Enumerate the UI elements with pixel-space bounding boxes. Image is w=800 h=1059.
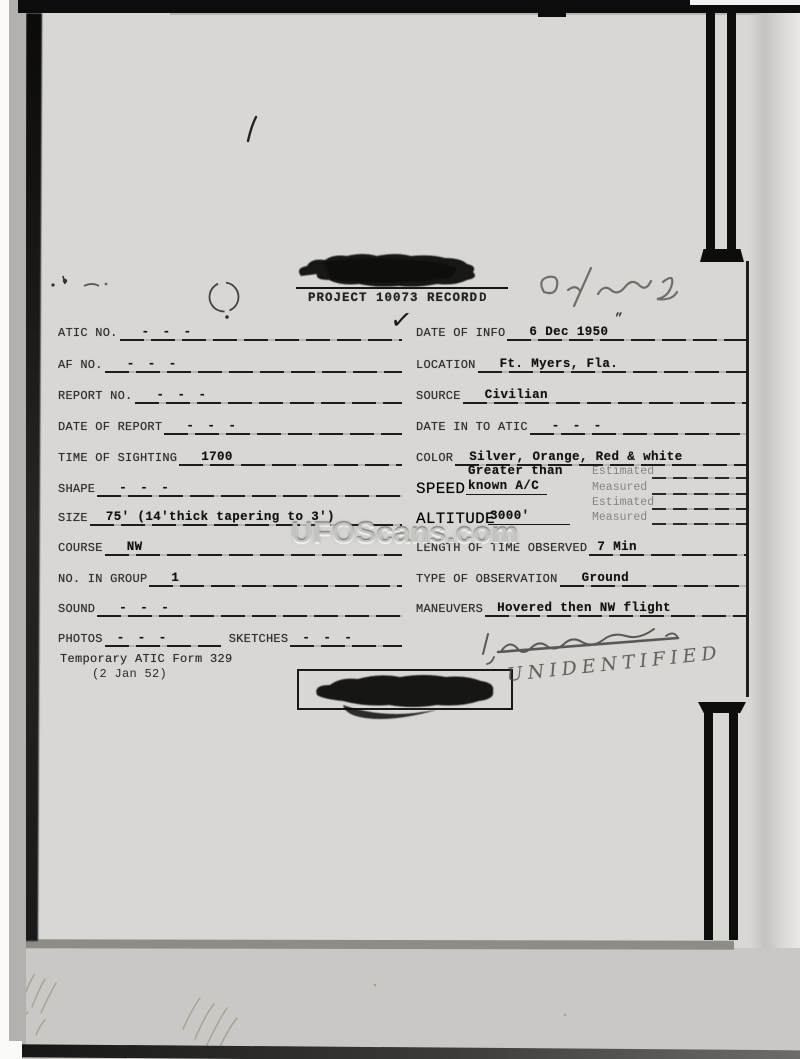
field-line: 6 Dec 1950 [505, 325, 748, 340]
field-time-of-sighting: TIME OF SIGHTING 1700 [58, 449, 402, 465]
redacted-stamp-text [303, 673, 508, 719]
field-line: - - - [118, 325, 402, 340]
field-line: 1700 [177, 450, 402, 465]
field-label: SIZE [58, 511, 88, 525]
field-label: TIME OF SIGHTING [58, 451, 177, 465]
paper-right-edge-shading [750, 12, 800, 948]
field-location: LOCATION Ft. Myers, Fla. [416, 356, 748, 372]
field-value: Ft. Myers, Fla. [500, 357, 619, 371]
field-maneuvers: MANEUVERS Hovered then NW flight [416, 600, 748, 616]
field-label: REPORT NO. [58, 389, 133, 403]
field-line: - - - [288, 631, 402, 646]
paper-bottom-edge [18, 939, 734, 949]
field-af-no: AF NO. - - - [58, 356, 402, 372]
field-line: Ft. Myers, Fla. [476, 357, 748, 372]
field-line: Civilian [461, 388, 748, 403]
field-date-in-to-atic: DATE IN TO ATIC - - - [416, 418, 748, 434]
field-photos-sketches: PHOTOS - - - SKETCHES - - - [58, 630, 402, 646]
altitude-estimated-label: Estimated [592, 496, 654, 509]
altitude-measured-line [652, 523, 746, 525]
film-top-bar [18, 0, 800, 13]
field-atic-no: ATIC NO. - - - [58, 324, 402, 340]
pen-scribble-top-left [48, 272, 178, 298]
field-line: - - - [162, 419, 402, 434]
field-value: - - - [117, 631, 170, 645]
field-value: NW [127, 540, 143, 554]
film-bar-upper-left [706, 13, 715, 251]
field-value: 1700 [201, 450, 233, 464]
field-value: - - - [186, 419, 239, 433]
altitude-measured-label: Measured [592, 511, 647, 524]
field-line: - - - [103, 357, 402, 372]
field-label: SOUND [58, 602, 95, 616]
field-date-of-info: DATE OF INFO 6 Dec 1950 [416, 324, 748, 340]
field-label: NO. IN GROUP [58, 572, 147, 586]
speed-estimated-label: Estimated [592, 465, 654, 478]
film-edge-line [746, 261, 749, 697]
field-line: Silver, Orange, Red & white [453, 450, 748, 465]
film-bar-lower-right [729, 711, 738, 940]
field-value: - - - [302, 631, 355, 645]
field-source: SOURCE Civilian [416, 387, 748, 403]
field-label: PHOTOS [58, 632, 103, 646]
field-label: SKETCHES [229, 632, 289, 646]
field-label: DATE IN TO ATIC [416, 420, 528, 434]
field-sound: SOUND - - - [58, 600, 402, 616]
field-value: - - - [552, 419, 605, 433]
field-line: - - - [103, 631, 221, 646]
circle-doodle [203, 279, 247, 323]
field-value: 7 Min [597, 540, 637, 554]
speed-value-line1: Greater than [468, 464, 563, 478]
field-label: COURSE [58, 541, 103, 555]
speed-measured-label: Measured [592, 481, 647, 494]
field-label: MANEUVERS [416, 602, 483, 616]
field-label: ATIC NO. [58, 326, 118, 340]
field-value: Silver, Orange, Red & white [469, 450, 682, 464]
altitude-estimated-line [652, 508, 746, 510]
field-value: - - - [119, 481, 172, 495]
scanned-record-card: PROJECT 10073 RECORD D ✓ ” ATIC NO. - - … [0, 0, 800, 1059]
field-value: - - - [157, 388, 210, 402]
field-value: Hovered then NW flight [497, 601, 671, 615]
field-color: COLOR Silver, Orange, Red & white [416, 449, 748, 465]
field-shape: SHAPE - - - [58, 480, 402, 496]
speed-measured-line [652, 493, 746, 495]
field-value: Ground [582, 571, 629, 585]
field-line: 7 Min [587, 540, 748, 555]
field-label: SHAPE [58, 482, 95, 496]
handwritten-note [528, 262, 693, 314]
field-line: - - - [528, 419, 748, 434]
field-value: - - - [142, 325, 195, 339]
field-label: TYPE OF OBSERVATION [416, 572, 558, 586]
field-label-speed: SPEED [416, 480, 465, 498]
film-bar-upper-right [727, 13, 736, 251]
field-line: - - - [95, 481, 402, 496]
field-label: COLOR [416, 451, 453, 465]
scan-bottom-left-corner [0, 1041, 22, 1059]
card-title-fragment: D [479, 291, 487, 305]
field-label: DATE OF REPORT [58, 420, 162, 434]
field-label: SOURCE [416, 389, 461, 403]
field-label: LOCATION [416, 358, 476, 372]
field-label: AF NO. [58, 358, 103, 372]
scan-left-margin [0, 0, 9, 1059]
watermark: UFOScans.com [291, 517, 519, 551]
scan-top-sliver [690, 0, 800, 5]
speed-estimated-line [652, 477, 746, 479]
film-top-notch [538, 0, 566, 17]
field-type-of-observation: TYPE OF OBSERVATION Ground [416, 570, 748, 586]
field-value: 6 Dec 1950 [529, 325, 608, 339]
field-line: - - - [133, 388, 402, 403]
film-bar-upper-foot [700, 249, 744, 262]
film-bar-lower-left [704, 711, 713, 940]
field-value: Civilian [485, 388, 548, 402]
field-value: - - - [127, 357, 180, 371]
field-line: - - - [95, 601, 402, 616]
field-line: Hovered then NW flight [483, 601, 748, 616]
form-name: Temporary ATIC Form 329 [60, 652, 233, 666]
pencil-scribbles-bottom [5, 965, 655, 1057]
field-line: 1 [147, 571, 402, 586]
apostrophe-mark [244, 114, 260, 144]
field-no-in-group: NO. IN GROUP 1 [58, 570, 402, 586]
form-date: (2 Jan 52) [92, 667, 167, 681]
film-bottom-bar [0, 1044, 800, 1059]
field-line: Ground [558, 571, 748, 586]
field-label: DATE OF INFO [416, 326, 505, 340]
field-report-no: REPORT NO. - - - [58, 387, 402, 403]
speed-value-line2: known A/C [466, 479, 547, 495]
title-underline [296, 287, 508, 289]
scan-left-band [9, 0, 26, 1045]
field-date-of-report: DATE OF REPORT - - - [58, 418, 402, 434]
field-value: 1 [171, 571, 179, 585]
field-value: - - - [119, 601, 172, 615]
